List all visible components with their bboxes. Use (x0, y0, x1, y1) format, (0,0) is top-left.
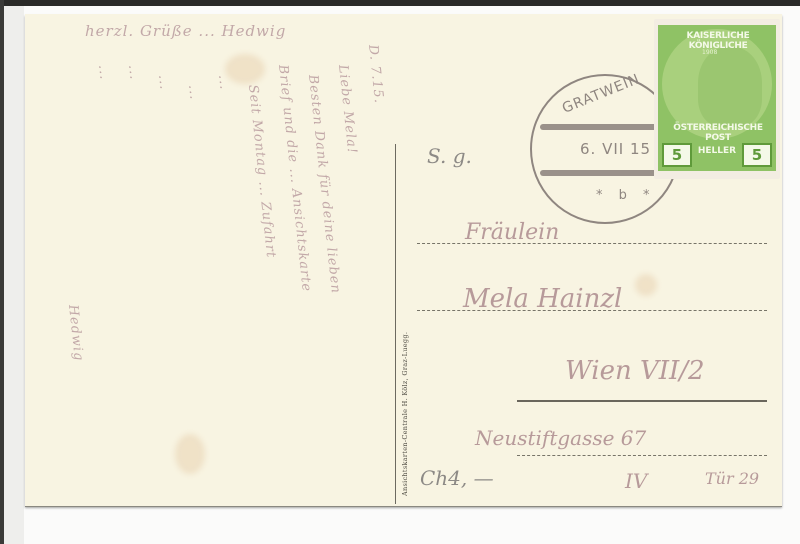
message-area: D. 7.15. Liebe Mela! Besten Dank für dei… (35, 24, 395, 494)
message-line: ... (125, 64, 142, 81)
stamp-value-left: 5 (662, 143, 692, 167)
portrait-icon (698, 47, 762, 127)
address-street: Neustiftgasse 67 (475, 426, 646, 450)
message-line: Seit Montag ... Zufahrt (245, 84, 278, 259)
scan-margin (4, 6, 24, 544)
message-line: ... (155, 74, 172, 91)
stamp-denomination: HELLER (694, 146, 740, 156)
postcard: herzl. Grüße ... Hedwig D. 7.15. Liebe M… (25, 14, 782, 506)
postmark-date: 6. VII 15 (580, 140, 651, 158)
address-mark: IV (625, 469, 647, 493)
message-date: D. 7.15. (365, 44, 386, 105)
message-line: ... (95, 64, 112, 81)
address-line-2 (417, 310, 767, 311)
address-line-3 (517, 400, 767, 402)
address-title: Fräulein (465, 220, 559, 245)
message-line: ... (185, 84, 202, 101)
postage-stamp: KAISERLICHE KÖNIGLICHE 1908 ÖSTERREICHIS… (654, 19, 780, 179)
message-line: ... (215, 74, 232, 91)
stamp-inscription-top: KAISERLICHE KÖNIGLICHE (666, 31, 770, 51)
address-line-1 (417, 243, 767, 244)
stamp-year: 1908 (702, 49, 717, 56)
address-salutation: S. g. (427, 144, 472, 168)
stamp-inscription-bottom: ÖSTERREICHISCHE POST (668, 123, 768, 143)
message-line: Liebe Mela! (335, 64, 359, 155)
stamp-face: KAISERLICHE KÖNIGLICHE 1908 ÖSTERREICHIS… (658, 25, 776, 171)
address-mark: Tür 29 (705, 469, 759, 488)
card-divider (395, 144, 397, 504)
stain (635, 274, 657, 296)
stamp-value-right: 5 (742, 143, 772, 167)
message-signature: Hedwig (65, 304, 86, 362)
publisher-imprint: Ansichtskarten-Centrale H. Kölz, Graz-Lu… (401, 332, 409, 496)
address-city: Wien VII/2 (565, 356, 705, 386)
scan-border-top (0, 0, 800, 6)
postmark-town: GRATWEIN (560, 71, 642, 117)
address-line-4 (517, 455, 767, 456)
postmark-code: * b * (596, 188, 656, 203)
address-mark: Ch4, — (420, 466, 494, 490)
